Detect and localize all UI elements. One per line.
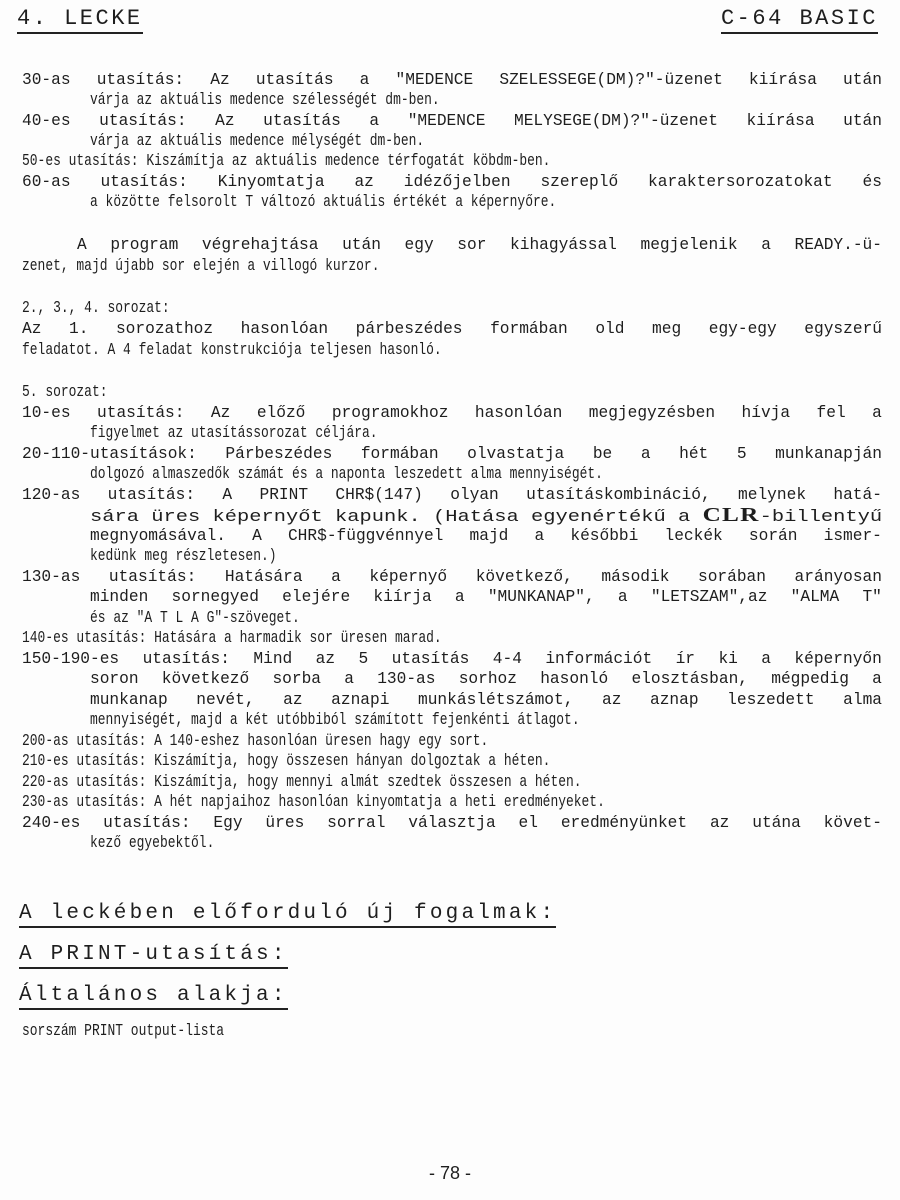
- text-line: Aprogramvégrehajtásautánegysorkihagyássa…: [77, 236, 882, 255]
- text-line: 210-es utasítás: Kiszámítja, hogy összes…: [22, 752, 550, 771]
- text-line: és az "A T L A G"-szöveget.: [90, 609, 300, 628]
- text-line: zenet, majd újabb sor elején a villogó k…: [22, 257, 379, 276]
- text-line: 140-es utasítás: Hatására a harmadik sor…: [22, 629, 442, 648]
- text-line: Az1.sorozathozhasonlóanpárbeszédesformáb…: [22, 320, 882, 339]
- book-title: C-64 BASIC: [721, 6, 878, 34]
- text-line: kező egyebektől.: [90, 834, 214, 853]
- chapter-title: 4. LECKE: [17, 6, 143, 34]
- text-line: 130-asutasítás:Hatásáraaképernyőkövetkez…: [22, 568, 882, 587]
- text-line: mennyiségét, majd a két utóbbiból számít…: [90, 711, 580, 730]
- clr-key-label: CLR: [703, 504, 760, 526]
- text-line: 230-as utasítás: A hét napjaihoz hasonló…: [22, 793, 605, 812]
- text-line: 40-esutasítás:Azutasítása"MEDENCEMELYSEG…: [22, 112, 882, 131]
- text-line: feladatot. A 4 feladat konstrukciója tel…: [22, 341, 442, 360]
- section-heading: Általános alakja:: [19, 984, 288, 1010]
- text-line: 150-190-esutasítás:Mindaz5utasítás4-4inf…: [22, 650, 882, 669]
- text-line: soronkövetkezősorbaa130-assorhozhasonlóe…: [90, 670, 882, 689]
- text-line: 120-asutasítás:APRINTCHR$(147)olyanutasí…: [22, 486, 882, 505]
- text-line: 10-esutasítás:Azelőzőprogramokhozhasonló…: [22, 404, 882, 423]
- text-line: mindensornegyedelejérekiírjaa"MUNKANAP",…: [90, 588, 882, 607]
- text-line: várja az aktuális medence szélességét dm…: [90, 91, 440, 110]
- text-line: 50-es utasítás: Kiszámítja az aktuális m…: [22, 152, 550, 171]
- page-number: - 78 -: [0, 1163, 900, 1184]
- syntax-line: sorszám PRINT output-lista: [22, 1022, 224, 1041]
- text-line: figyelmet az utasítássorozat céljára.: [90, 424, 378, 443]
- text-line: 60-asutasítás:Kinyomtatjaazidézőjelbensz…: [22, 173, 882, 192]
- section-heading: A PRINT-utasítás:: [19, 943, 288, 969]
- text-line: sára üres képernyőt kapunk. (Hatása egye…: [90, 506, 882, 527]
- text-line: megnyomásával.ACHR$-függvénnyelmajdakéső…: [90, 527, 882, 546]
- text-line: 240-esutasítás:Együressorralválasztjaele…: [22, 814, 882, 833]
- text-line: 5. sorozat:: [22, 383, 107, 402]
- text-line: várja az aktuális medence mélységét dm-b…: [90, 132, 424, 151]
- section-heading: A leckében előforduló új fogalmak:: [19, 902, 556, 928]
- text-line: 2., 3., 4. sorozat:: [22, 299, 170, 318]
- text-line: dolgozó almaszedők számát és a naponta l…: [90, 465, 603, 484]
- text-line: 20-110-utasítások:Párbeszédesformábanolv…: [22, 445, 882, 464]
- text-line: 200-as utasítás: A 140-eshez hasonlóan ü…: [22, 732, 488, 751]
- text-line: 220-as utasítás: Kiszámítja, hogy mennyi…: [22, 773, 582, 792]
- text-line: munkanapnevét,azaznapimunkáslétszámot,az…: [90, 691, 882, 710]
- text-line: kedünk meg részletesen.): [90, 547, 277, 566]
- text-line: a közötte felsorolt T változó aktuális é…: [90, 193, 556, 212]
- text-line: 30-asutasítás:Azutasítása"MEDENCESZELESS…: [22, 71, 882, 90]
